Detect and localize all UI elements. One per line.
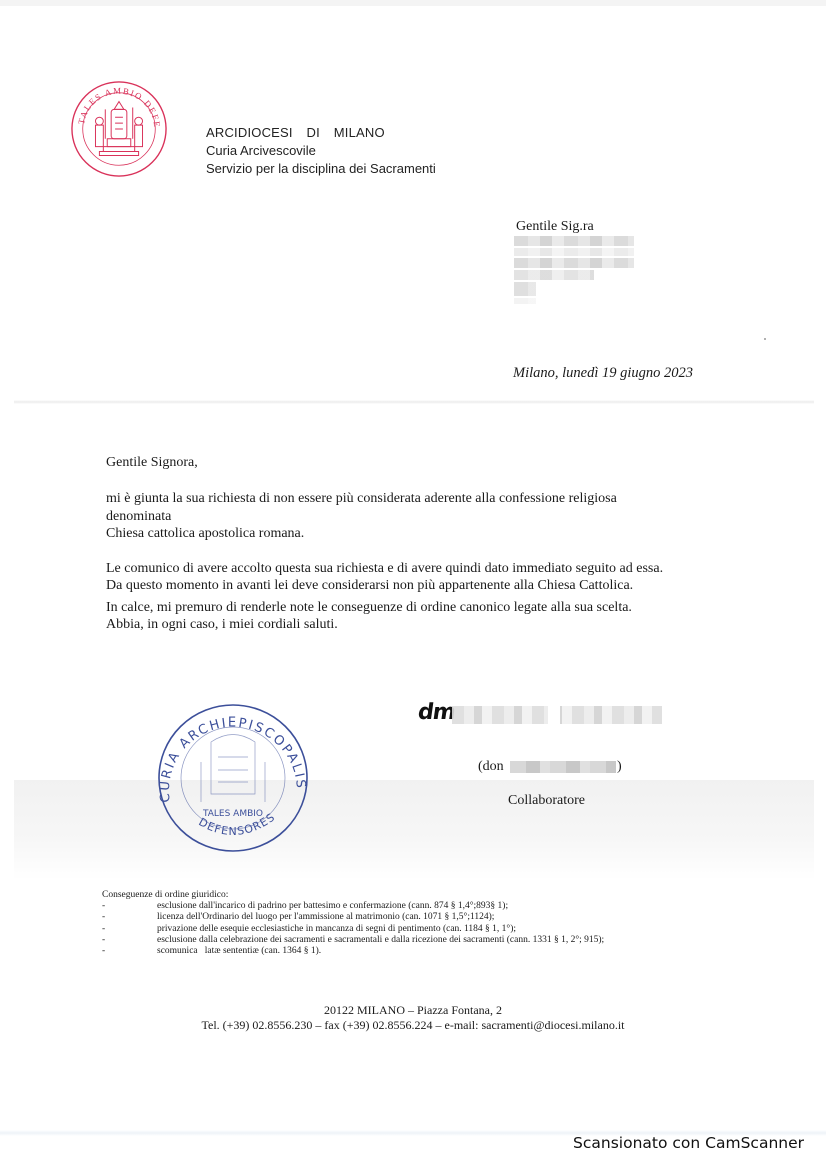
- footer-contacts: Tel. (+39) 02.8556.230 – fax (+39) 02.85…: [0, 1018, 826, 1033]
- diocese-seal-icon: TALES AMBIO DEFENSORES: [70, 80, 168, 178]
- list-item: -esclusione dalla celebrazione dei sacra…: [102, 935, 604, 946]
- signatory-suffix: ): [617, 759, 622, 775]
- diocese-name: ARCIDIOCESI DI MILANO: [206, 124, 436, 142]
- curia-name: Curia Arcivescovile: [206, 142, 436, 160]
- list-item: -esclusione dall'incarico di padrino per…: [102, 901, 604, 912]
- paper-fold-shadow: [14, 780, 814, 880]
- paper-fold-line: [14, 400, 814, 404]
- letter-date: Milano, lunedì 19 giugno 2023: [513, 365, 693, 382]
- list-item: -privazione delle esequie ecclesiastiche…: [102, 924, 604, 935]
- body-line: mi è giunta la sua richiesta di non esse…: [106, 490, 726, 508]
- redacted-recipient-line: [514, 236, 634, 246]
- letter-greeting: Gentile Signora,: [106, 455, 198, 471]
- body-line: denominata: [106, 508, 726, 526]
- body-line: Le comunico di avere accolto questa sua …: [106, 560, 726, 578]
- body-line: In calce, mi premuro di renderle note le…: [106, 599, 726, 617]
- consequences-list: Conseguenze di ordine giuridico: -esclus…: [102, 890, 604, 957]
- body-line: Chiesa cattolica apostolica romana.: [106, 525, 726, 543]
- list-item: -scomunica latæ sententiæ (can. 1364 § 1…: [102, 946, 604, 957]
- redacted-recipient-line: [514, 282, 536, 296]
- body-line: Abbia, in ogni caso, i miei cordiali sal…: [106, 616, 726, 634]
- stamp-motto-1: TALES AMBIO: [202, 809, 263, 819]
- letter-body: mi è giunta la sua richiesta di non esse…: [106, 490, 726, 634]
- redacted-signatory-name: [510, 761, 616, 773]
- list-item: -licenza dell'Ordinario del luogo per l'…: [102, 912, 604, 923]
- body-line: Da questo momento in avanti lei deve con…: [106, 577, 726, 595]
- svg-text:CURIA ARCHIEPISCOPALIS MEDIOLA: CURIA ARCHIEPISCOPALIS MEDIOLANI: [156, 702, 308, 803]
- svg-text:TALES AMBIO DEFENSORES: TALES AMBIO DEFENSORES: [70, 80, 162, 129]
- scan-top-edge: [0, 0, 826, 6]
- signatory-prefix: (don: [478, 759, 504, 775]
- curia-stamp-icon: CURIA ARCHIEPISCOPALIS MEDIOLANI TALES A…: [156, 702, 310, 854]
- scan-speck: [764, 338, 766, 340]
- footer-address: 20122 MILANO – Piazza Fontana, 2: [0, 1003, 826, 1018]
- handwritten-signature: dm: [416, 700, 456, 725]
- redacted-recipient-line: [514, 248, 634, 256]
- letter-footer: 20122 MILANO – Piazza Fontana, 2 Tel. (+…: [0, 1003, 826, 1033]
- letterhead: ARCIDIOCESI DI MILANO Curia Arcivescovil…: [206, 124, 436, 178]
- recipient-salutation: Gentile Sig.ra: [516, 219, 594, 235]
- consequences-title: Conseguenze di ordine giuridico:: [102, 890, 604, 901]
- office-name: Servizio per la disciplina dei Sacrament…: [206, 160, 436, 178]
- camscanner-watermark: Scansionato con CamScanner: [573, 1134, 804, 1152]
- redacted-recipient-line: [514, 298, 536, 304]
- signatory-role: Collaboratore: [508, 793, 585, 809]
- redacted-recipient-line: [514, 258, 634, 268]
- redacted-recipient-line: [514, 270, 594, 280]
